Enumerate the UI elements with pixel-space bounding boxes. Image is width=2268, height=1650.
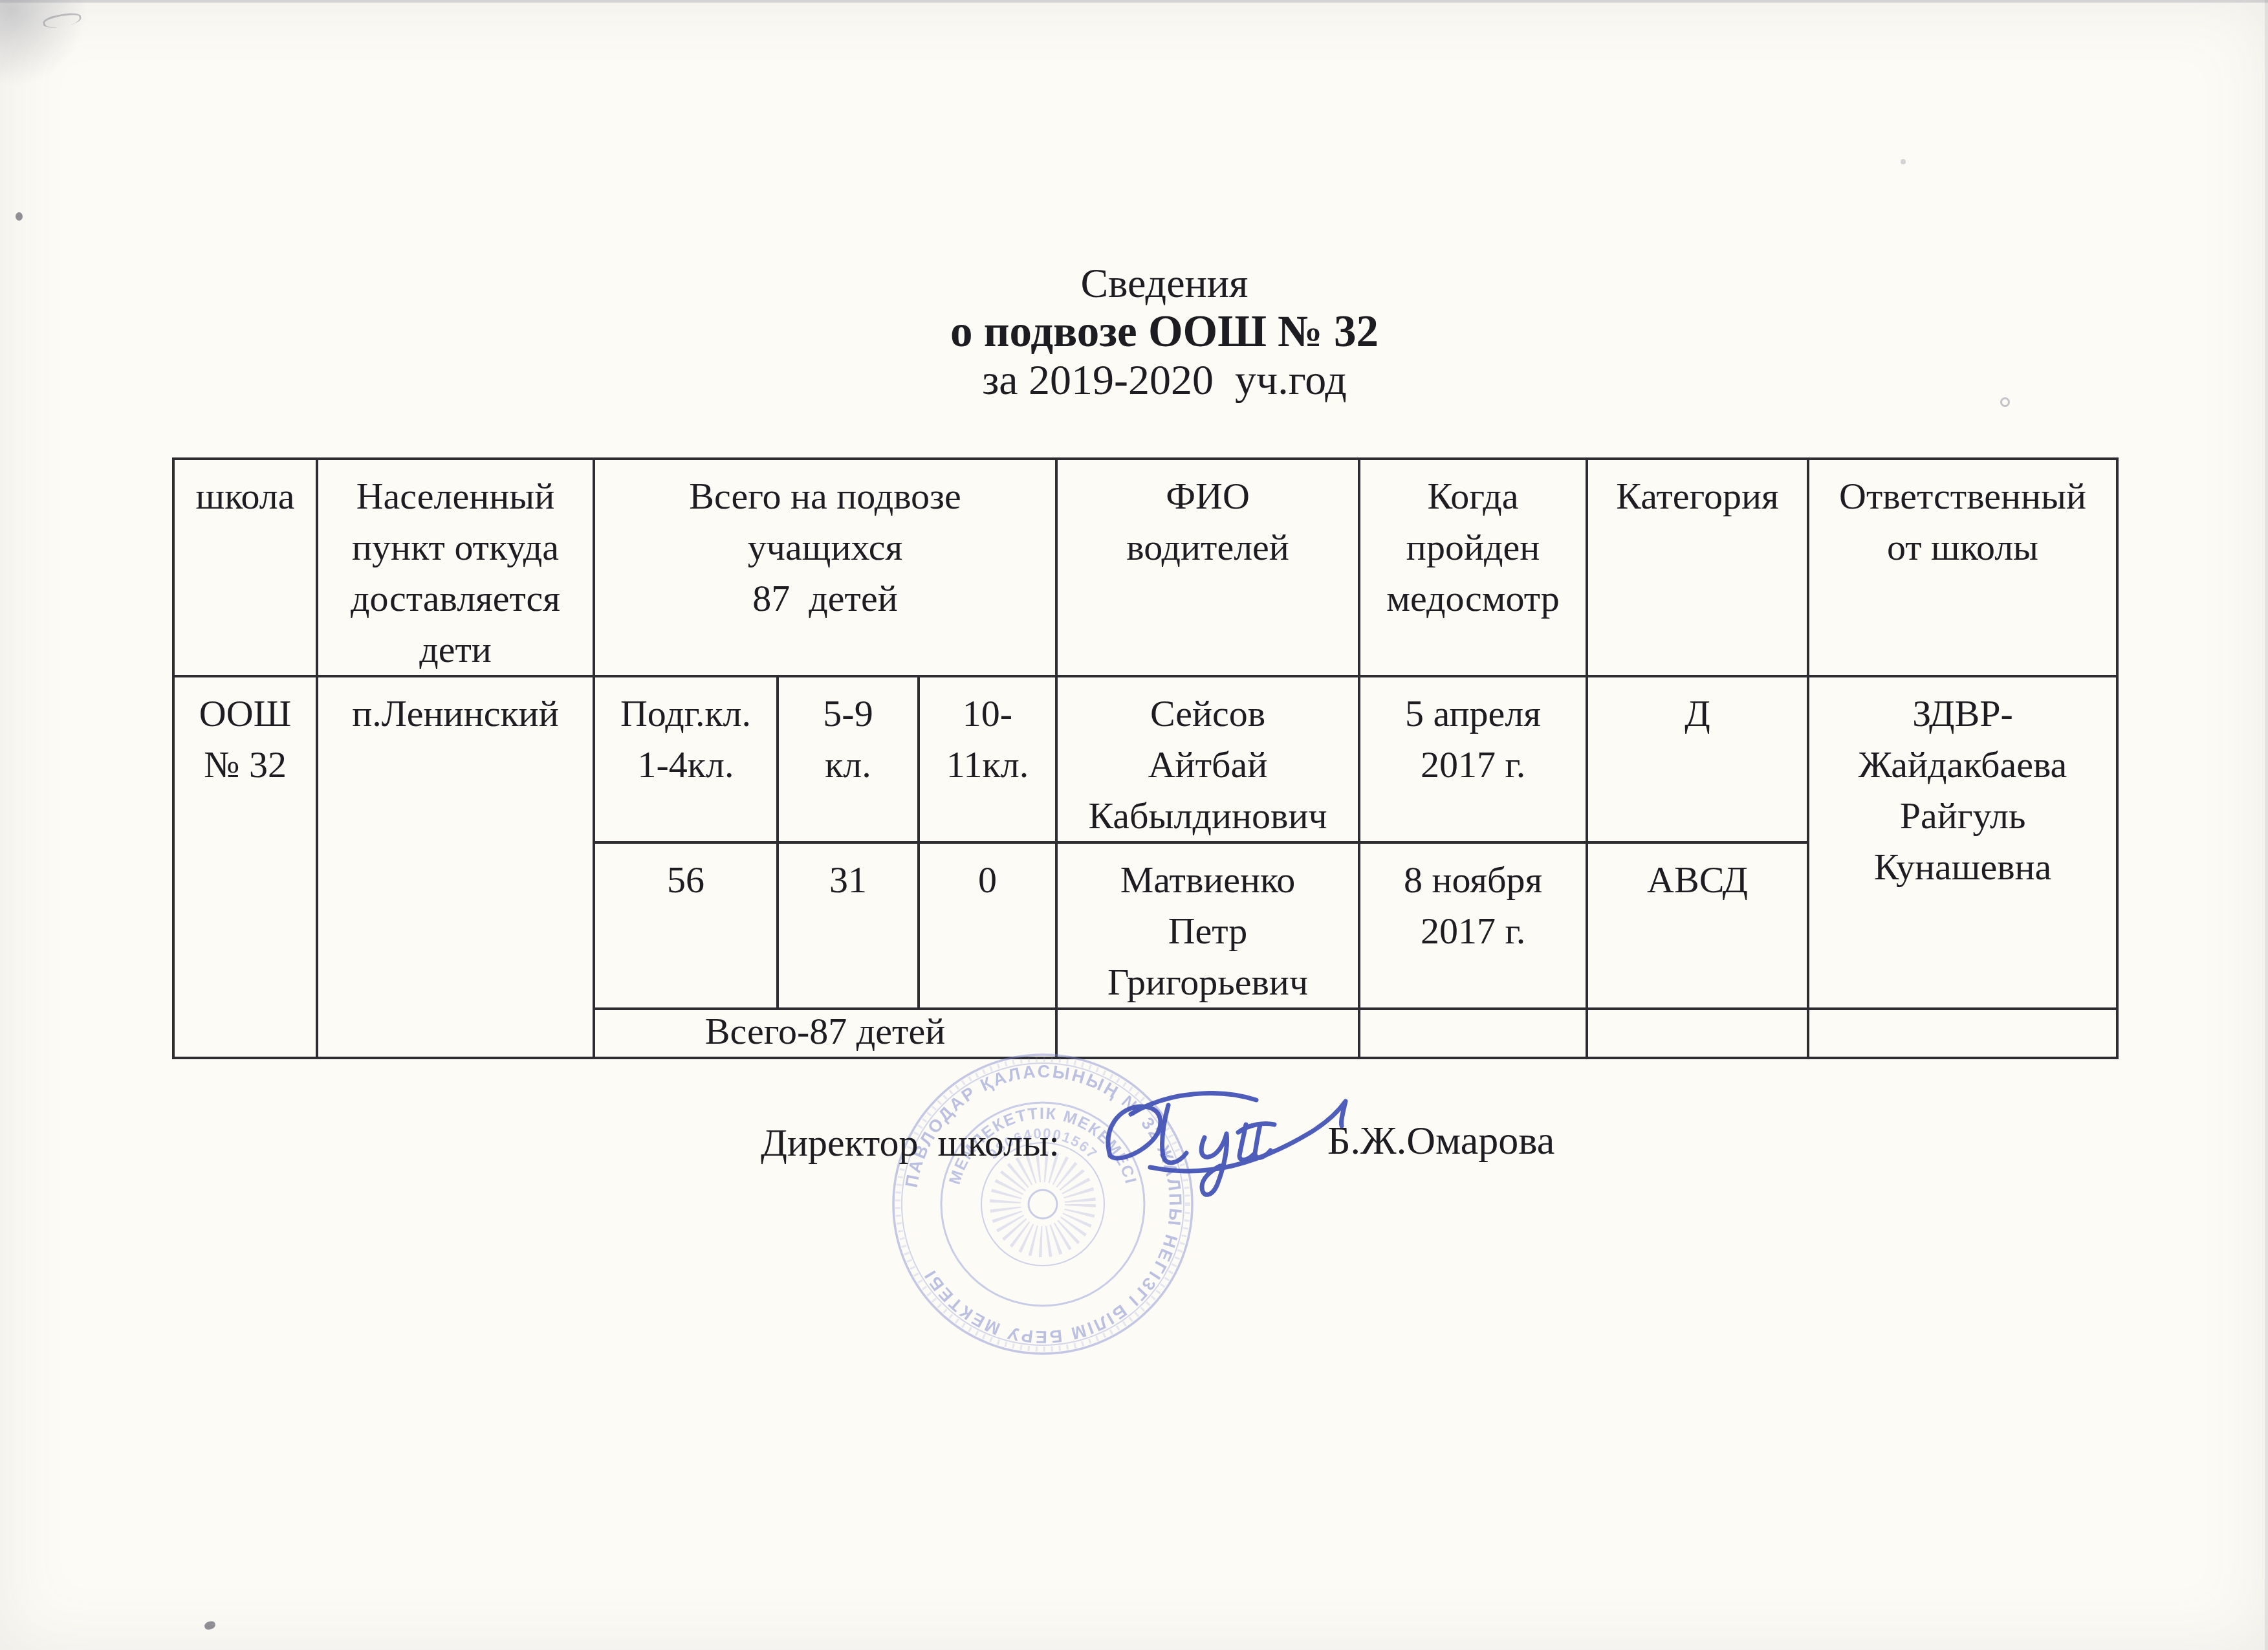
cell-line: Айтбай [1062, 739, 1354, 790]
cell-line: Подг.кл. [599, 688, 772, 739]
signature-stroke [1162, 1105, 1186, 1163]
cell-class-10-11: 10- 11кл. [919, 676, 1056, 842]
signature-stroke [1201, 1134, 1227, 1194]
cell-line: 5-9 [783, 688, 913, 739]
cell-empty-category [1587, 1009, 1808, 1058]
cell-line: 2017 г. [1364, 905, 1582, 956]
cell-line: 5 апреля [1364, 688, 1582, 739]
header-line: медосмотр [1364, 573, 1582, 624]
header-total-cell: Всего на подвозе учащихся 87 детей [594, 459, 1056, 676]
scan-artifact [204, 1620, 217, 1631]
cell-count-5-9: 31 [778, 842, 919, 1009]
cell-medical-1: 5 апреля 2017 г. [1359, 676, 1587, 842]
header-line: Ответственный [1813, 470, 2112, 522]
header-line: водителей [1062, 522, 1354, 573]
cell-line: 1-4кл. [599, 739, 772, 790]
title-line-3: за 2019-2020 уч.год [0, 356, 2268, 404]
cell-medical-2: 8 ноября 2017 г. [1359, 842, 1587, 1009]
cell-settlement: п.Ленинский [317, 676, 594, 1058]
handwritten-signature [1091, 1060, 1375, 1209]
header-line: 87 детей [599, 573, 1051, 624]
header-line: от школы [1813, 522, 2112, 573]
cell-category-2: АВСД [1587, 842, 1808, 1009]
cell-line: Жайдакбаева [1813, 739, 2112, 790]
cell-line: 10- [924, 688, 1051, 739]
cell-line: Райгуль [1813, 790, 2112, 841]
header-line: учащихся [599, 522, 1051, 573]
scan-artifact [16, 212, 23, 221]
cell-line: ЗДВР- [1813, 688, 2112, 739]
title-line-1: Сведения [0, 259, 2268, 307]
header-line: дети [322, 624, 589, 675]
cell-responsible: ЗДВР- Жайдакбаева Райгуль Кунашевна [1808, 676, 2117, 1009]
scan-artifact [1901, 159, 1906, 164]
cell-line: Григорьевич [1062, 956, 1354, 1007]
scan-artifact [42, 11, 82, 30]
cell-count-prep: 56 [594, 842, 778, 1009]
header-line: доставляется [322, 573, 589, 624]
cell-empty-responsible [1808, 1009, 2117, 1058]
header-settlement-cell: Населенный пункт откуда доставляется дет… [317, 459, 594, 676]
table-row: ООШ № 32 п.Ленинский Подг.кл. 1-4кл. 5-9… [173, 676, 2117, 842]
cell-school: ООШ № 32 [173, 676, 317, 1058]
header-line: Населенный [322, 470, 589, 522]
cell-driver-1: Сейсов Айтбай Кабылдинович [1056, 676, 1359, 842]
cell-line: 11кл. [924, 739, 1051, 790]
cell-line: Сейсов [1062, 688, 1354, 739]
header-category-cell: Категория [1587, 459, 1808, 676]
signature-stroke [1131, 1094, 1256, 1114]
cell-line: Петр [1062, 905, 1354, 956]
cell-line: 8 ноября [1364, 854, 1582, 905]
header-fio-cell: ФИО водителей [1056, 459, 1359, 676]
stamp-emblem-rays [1005, 1167, 1080, 1242]
cell-line: Матвиенко [1062, 854, 1354, 905]
cell-line: № 32 [179, 739, 312, 790]
transport-table: школа Населенный пункт откуда доставляет… [172, 457, 2119, 1059]
header-line: ФИО [1062, 470, 1354, 522]
header-line: Когда [1364, 470, 1582, 522]
header-responsible-cell: Ответственный от школы [1808, 459, 2117, 676]
scan-artifact [2265, 0, 2268, 1650]
cell-line: Кунашевна [1813, 841, 2112, 892]
header-medical-cell: Когда пройден медосмотр [1359, 459, 1587, 676]
cell-empty-medical [1359, 1009, 1587, 1058]
cell-line: Кабылдинович [1062, 790, 1354, 841]
cell-driver-2: Матвиенко Петр Григорьевич [1056, 842, 1359, 1009]
header-school-cell: школа [173, 459, 317, 676]
cell-class-prep: Подг.кл. 1-4кл. [594, 676, 778, 842]
table-header-row: школа Населенный пункт откуда доставляет… [173, 459, 2117, 676]
director-signature-label: Директор школы: [761, 1121, 1060, 1165]
header-line: пройден [1364, 522, 1582, 573]
cell-category-1: Д [1587, 676, 1808, 842]
cell-line: 2017 г. [1364, 739, 1582, 790]
scanned-document-page: { "title": { "line1": "Сведения", "line2… [0, 0, 2268, 1650]
title-line-2: о подвозе ООШ № 32 [0, 307, 2268, 356]
header-line: Всего на подвозе [599, 470, 1051, 522]
cell-line: ООШ [179, 688, 312, 739]
document-title: Сведения о подвозе ООШ № 32 за 2019-2020… [0, 259, 2268, 404]
scan-artifact [0, 0, 97, 97]
header-line: пункт откуда [322, 522, 589, 573]
stamp-emblem-core [1029, 1190, 1057, 1218]
cell-line: кл. [783, 739, 913, 790]
cell-class-5-9: 5-9 кл. [778, 676, 919, 842]
cell-count-10-11: 0 [919, 842, 1056, 1009]
